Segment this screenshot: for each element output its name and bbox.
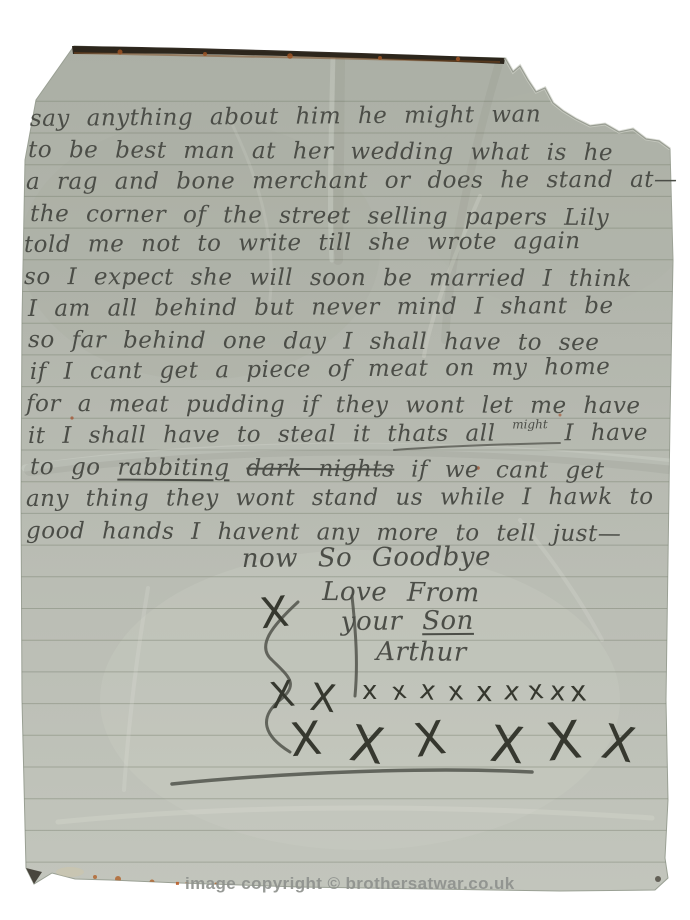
kiss-mark: x [362,678,377,704]
watermark: ▪image copyright © brothersatwar.co.uk [0,874,690,894]
watermark-mark-icon: ▪ [175,876,180,890]
handwriting-layer: say anything about him he might wanto be… [0,0,690,920]
letter-segment: to be best man at her wedding what is he [28,137,613,166]
letter-segment-underline: rabbiting [117,455,229,482]
kiss-mark: x [390,678,408,704]
letter-segment: if we cant get [394,457,604,484]
letter-segment-sup: might [512,417,548,431]
kiss-mark: X [347,718,388,772]
letter-segment: if I cant get a piece of meat on my home [30,354,611,385]
letter-line: told me not to write till she wrote agai… [24,227,581,261]
letter-segment: for a meat pudding if they wont let me h… [26,391,641,419]
letter-segment: I am all behind but never mind I shant b… [28,293,614,322]
kiss-mark: x [526,677,545,705]
closing-line: your Son [341,605,474,640]
letter-segment-strike: dark nights [246,456,394,483]
letter-segment-underline: Son [422,606,474,636]
kiss-mark: X [288,715,323,764]
letter-segment: so I expect she will soon be married I t… [24,264,632,292]
kiss-mark: X [598,718,639,771]
letter-scan: say anything about him he might wanto be… [0,0,690,920]
letter-segment: Love From [322,577,480,608]
closing-line: Arthur [376,636,467,671]
letter-segment: a rag and bone merchant or does he stand… [26,167,678,195]
kiss-mark: x [549,678,566,705]
closing-line: now So Goodbye [242,541,491,577]
letter-segment: the corner of the street selling papers … [30,201,609,231]
letter-segment: say anything about him he might wan [30,101,541,131]
letter-line: say anything about him he might wan [30,100,541,134]
letter-segment: your [341,606,423,637]
letter-line: I am all behind but never mind I shant b… [28,292,614,325]
kiss-mark: X [268,676,297,715]
letter-line: a rag and bone merchant or does he stand… [26,166,678,198]
letter-line: any thing they wont stand us while I haw… [26,483,654,515]
kiss-mark: X [543,714,584,769]
kiss-mark: x [503,678,521,705]
letter-segment: Arthur [376,637,467,668]
kiss-mark: X [411,714,449,764]
letter-segment: it I shall have to steal it thats all [28,420,512,449]
letter-segment: told me not to write till she wrote agai… [24,228,581,258]
letter-segment: so far behind one day I shall have to se… [28,327,599,356]
letter-line: so I expect she will soon be married I t… [24,263,632,295]
letter-segment: I have [548,419,648,446]
letter-segment: to go [30,454,117,481]
kiss-mark: x [476,678,493,706]
kiss-mark: X [258,591,291,636]
kiss-mark: X [488,719,526,772]
kiss-mark: x [418,677,437,705]
kiss-mark: x [447,678,465,705]
letter-segment: now So Goodbye [242,542,491,574]
letter-line: it I shall have to steal it thats all mi… [28,418,648,451]
kiss-mark: x [569,677,587,706]
letter-segment: any thing they wont stand us while I haw… [26,484,654,512]
letter-line: for a meat pudding if they wont let me h… [26,390,641,422]
letter-line: if I cant get a piece of meat on my home [30,353,611,388]
watermark-text: image copyright © brothersatwar.co.uk [185,874,515,893]
letter-line: to go rabbiting dark nights if we cant g… [30,453,605,487]
letter-line: to be best man at her wedding what is he [28,136,613,169]
letter-segment [229,456,246,482]
